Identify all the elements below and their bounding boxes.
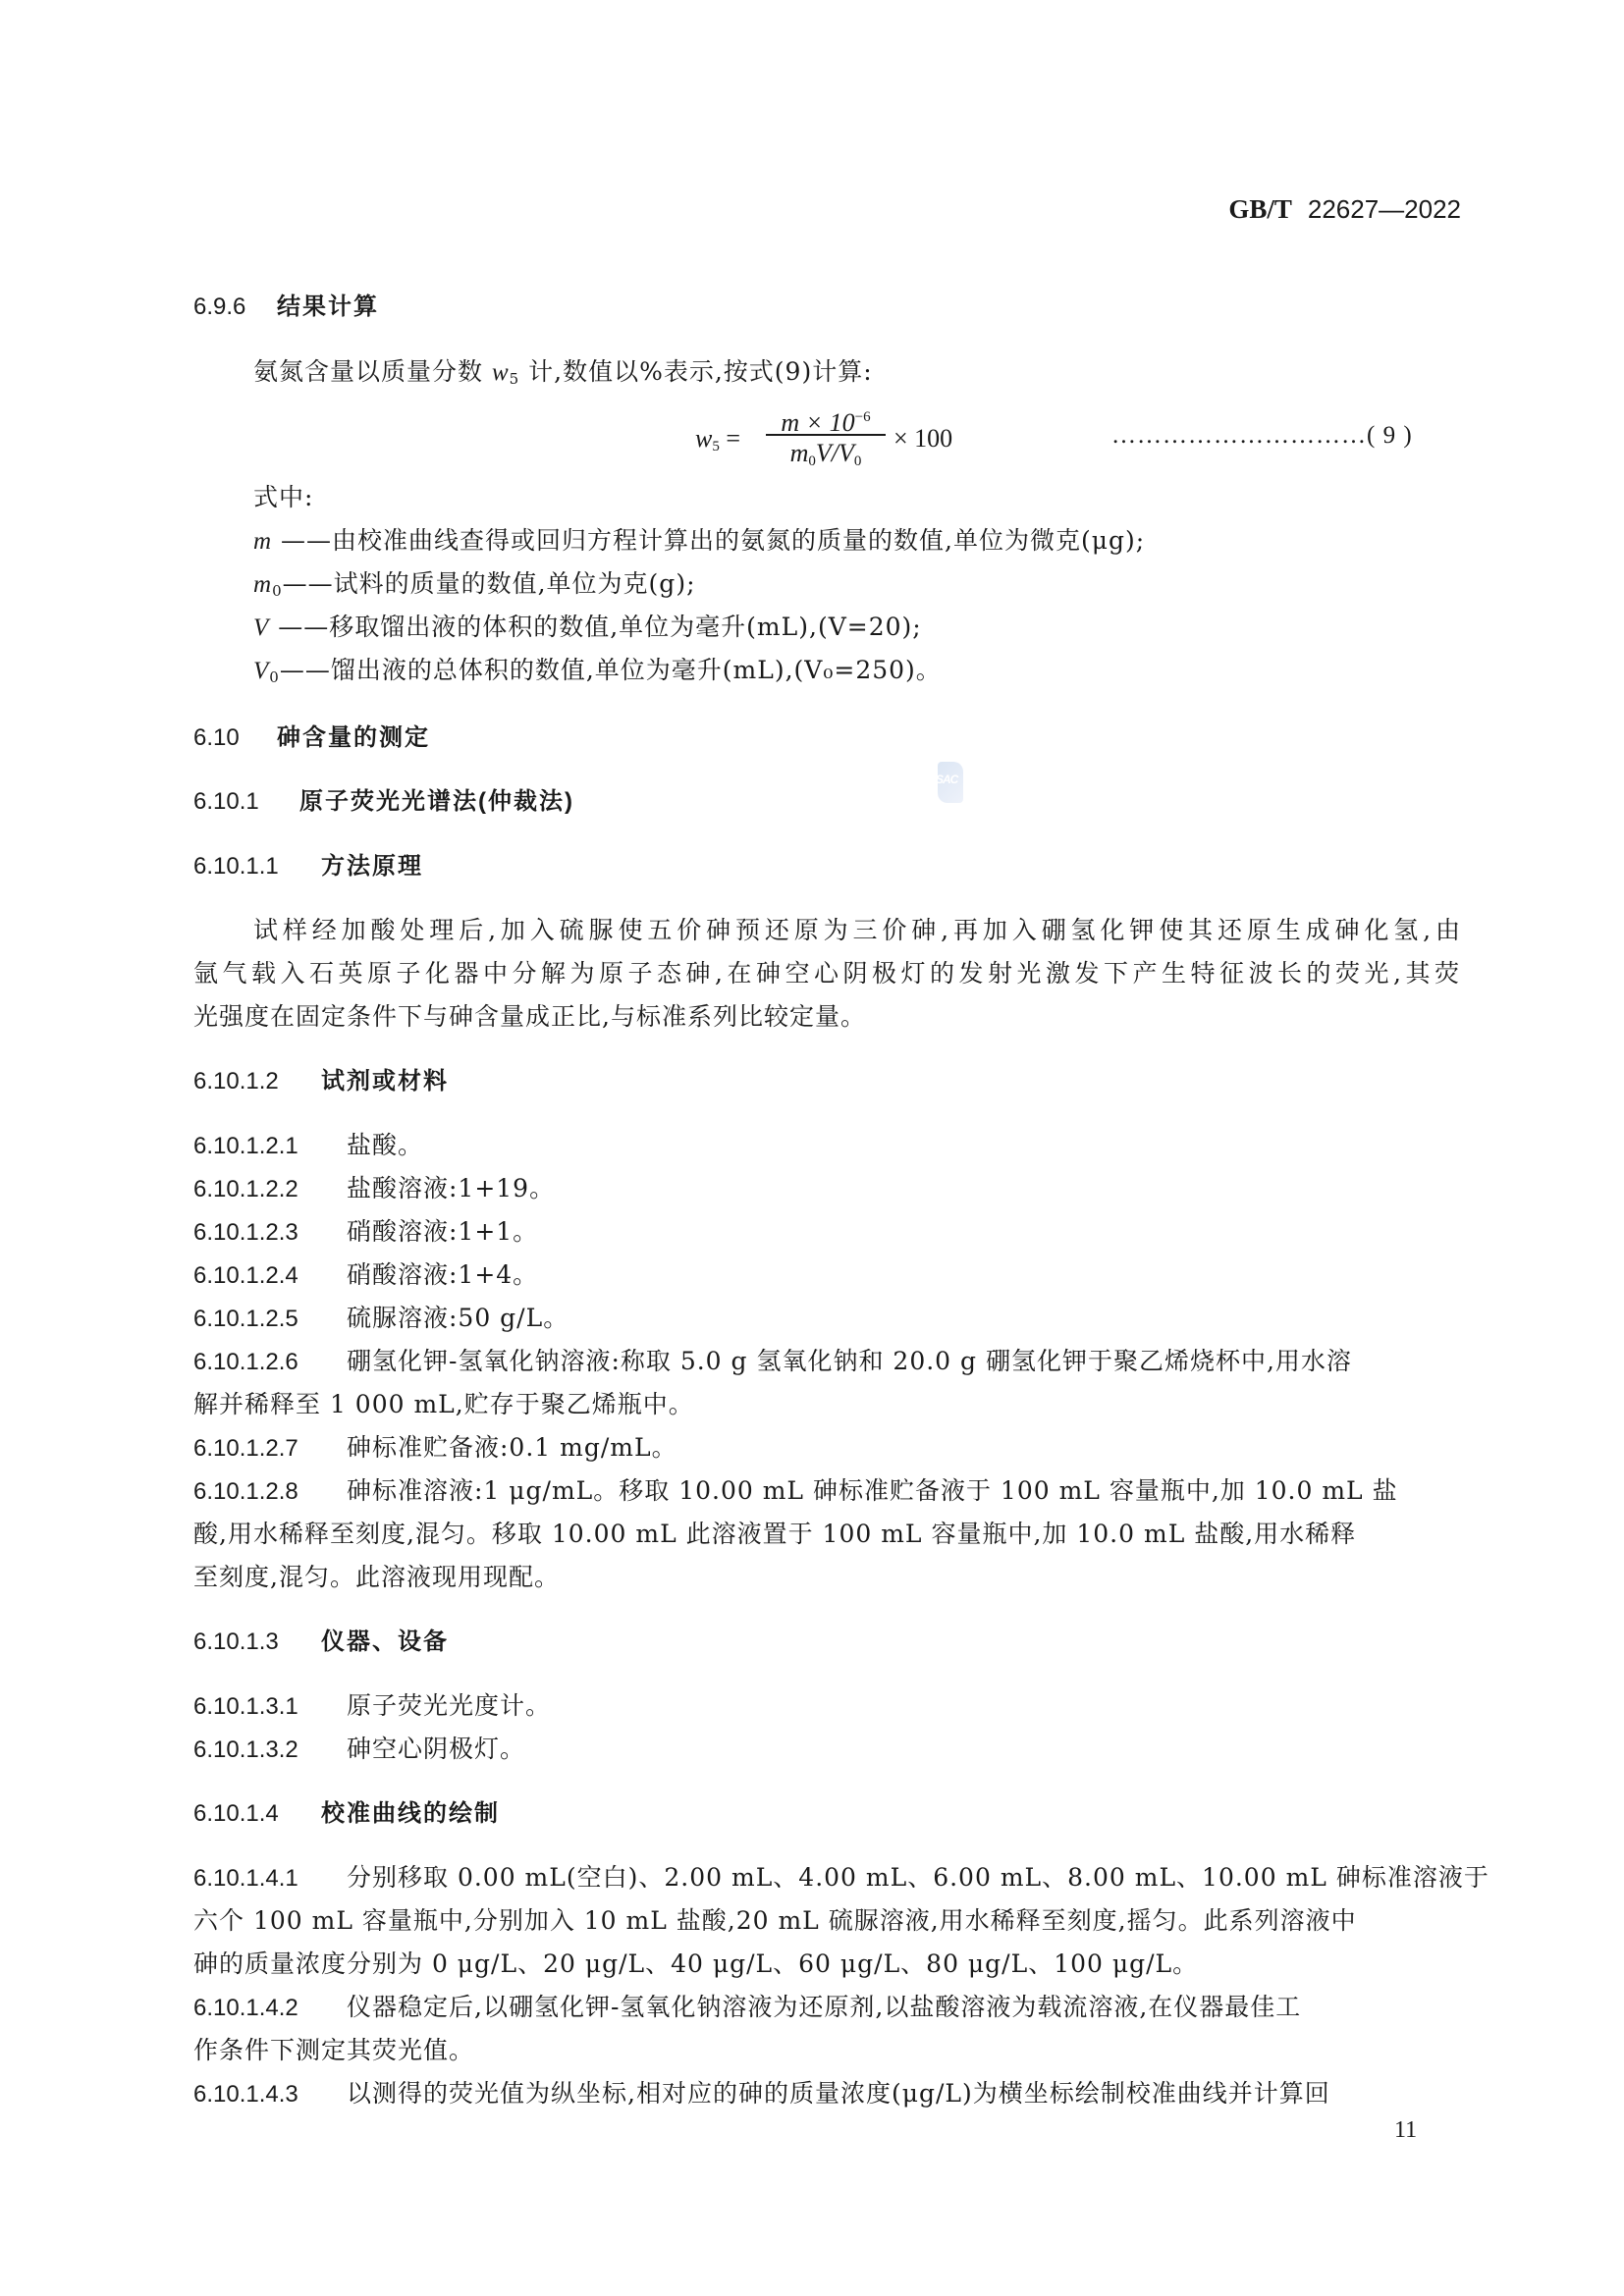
section-heading-6-10-1-3: 6.10.1.3仪器、设备 xyxy=(193,1628,449,1657)
calibration-item-continued: 砷的质量浓度分别为 0 μg/L、20 μg/L、40 μg/L、60 μg/L… xyxy=(193,1949,1198,1979)
definition-v: V ——移取馏出液的体积的数值,单位为毫升(mL),(V=20); xyxy=(253,613,922,649)
section-heading-6-10-1: 6.10.1原子荧光光谱法(仲裁法) xyxy=(193,787,574,817)
reagent-item: 6.10.1.2.7砷标准贮备液:0.1 mg/mL。 xyxy=(193,1433,677,1464)
standard-number: 22627—2022 xyxy=(1308,194,1461,224)
calibration-item-continued: 六个 100 mL 容量瓶中,分别加入 10 mL 盐酸,20 mL 硫脲溶液,… xyxy=(193,1906,1357,1936)
reagent-item: 6.10.1.2.3硝酸溶液:1+1。 xyxy=(193,1217,538,1248)
standard-code: GB/T 22627—2022 xyxy=(1228,194,1461,225)
document-page: GB/T 22627—2022 6.9.6结果计算 氨氮含量以质量分数 w5 计… xyxy=(0,0,1624,2296)
calibration-item: 6.10.1.4.3以测得的荧光值为纵坐标,相对应的砷的质量浓度(μg/L)为横… xyxy=(193,2079,1330,2109)
standard-prefix: GB/T xyxy=(1228,194,1292,224)
reagent-item-continued: 酸,用水稀释至刻度,混匀。移取 10.00 mL 此溶液置于 100 mL 容量… xyxy=(193,1520,1356,1549)
section-heading-6-10-1-4: 6.10.1.4校准曲线的绘制 xyxy=(193,1799,500,1829)
formula-lhs: w5 = xyxy=(695,424,740,455)
definition-m0: m0——试料的质量的数值,单位为克(g); xyxy=(253,569,696,606)
definition-v0: V0——馏出液的总体积的数值,单位为毫升(mL),(V₀=250)。 xyxy=(253,656,942,692)
equation-number: …………………………( 9 ) xyxy=(1111,422,1413,450)
reagent-item-continued: 至刻度,混匀。此溶液现用现配。 xyxy=(193,1563,560,1592)
page-number: 11 xyxy=(1394,2117,1417,2144)
section-number: 6.9.6 xyxy=(193,293,277,322)
formula-multiplier: × 100 xyxy=(893,424,952,454)
reagent-item: 6.10.1.2.1盐酸。 xyxy=(193,1131,423,1161)
reagent-item: 6.10.1.2.2盐酸溶液:1+19。 xyxy=(193,1174,555,1204)
section-heading-6-10-1-1: 6.10.1.1方法原理 xyxy=(193,852,423,881)
reagent-item-continued: 解并稀释至 1 000 mL,贮存于聚乙烯瓶中。 xyxy=(193,1390,694,1419)
reagent-item: 6.10.1.2.5硫脲溶液:50 g/L。 xyxy=(193,1304,568,1334)
calibration-item-continued: 作条件下测定其荧光值。 xyxy=(193,2036,474,2065)
calibration-item: 6.10.1.4.1分别移取 0.00 mL(空白)、2.00 mL、4.00 … xyxy=(193,1863,1489,1894)
sac-watermark-logo: SAC xyxy=(938,762,963,803)
section-heading-6-9-6: 6.9.6结果计算 xyxy=(193,293,379,322)
calc-intro: 氨氮含量以质量分数 w5 计,数值以%表示,按式(9)计算: xyxy=(253,357,873,394)
reagent-item: 6.10.1.2.4硝酸溶液:1+4。 xyxy=(193,1260,538,1291)
reagent-item: 6.10.1.2.8砷标准溶液:1 μg/mL。移取 10.00 mL 砷标准贮… xyxy=(193,1476,1398,1507)
equipment-item: 6.10.1.3.1原子荧光光度计。 xyxy=(193,1691,551,1722)
section-heading-6-10-1-2: 6.10.1.2试剂或材料 xyxy=(193,1067,449,1096)
principle-line-2: 氩气载入石英原子化器中分解为原子态砷,在砷空心阴极灯的发射光激发下产生特征波长的… xyxy=(193,959,1460,988)
equipment-item: 6.10.1.3.2砷空心阴极灯。 xyxy=(193,1735,525,1765)
reagent-item: 6.10.1.2.6硼氢化钾-氢氧化钠溶液:称取 5.0 g 氢氧化钠和 20.… xyxy=(193,1347,1460,1377)
calibration-item: 6.10.1.4.2仪器稳定后,以硼氢化钾-氢氧化钠溶液为还原剂,以盐酸溶液为载… xyxy=(193,1993,1301,2023)
where-label: 式中: xyxy=(253,483,313,512)
formula-denominator: m0V/V0 xyxy=(766,436,886,469)
principle-line-1: 试样经加酸处理后,加入硫脲使五价砷预还原为三价砷,再加入硼氢化钾使其还原生成砷化… xyxy=(253,916,1461,945)
section-heading-6-10: 6.10砷含量的测定 xyxy=(193,723,430,753)
formula-numerator: m × 10−6 xyxy=(766,400,886,434)
definition-m: m ——由校准曲线查得或回归方程计算出的氨氮的质量的数值,单位为微克(μg); xyxy=(253,526,1145,562)
formula-fraction: m × 10−6 m0V/V0 xyxy=(766,400,886,469)
principle-line-3: 光强度在固定条件下与砷含量成正比,与标准系列比较定量。 xyxy=(193,1002,866,1032)
section-title: 结果计算 xyxy=(277,294,379,320)
